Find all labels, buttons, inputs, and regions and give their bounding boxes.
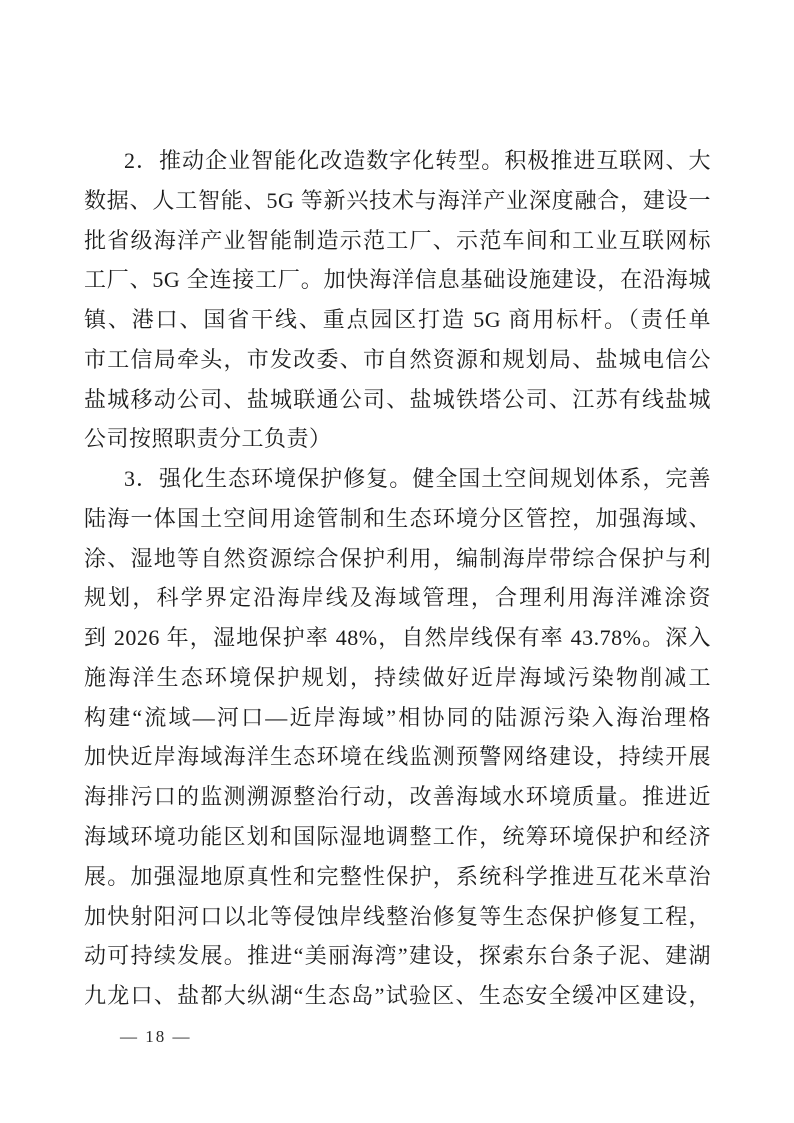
- paragraph-3-line: 加快射阳河口以北等侵蚀岸线整治修复等生态保护修复工程，推: [84, 897, 711, 937]
- paragraph-3-line: 海域环境功能区划和国际湿地调整工作，统筹环境保护和经济发: [84, 817, 711, 857]
- page-number: — 18 —: [120, 1027, 192, 1046]
- paragraph-3-line: 海排污口的监测溯源整治行动，改善海域水环境质量。推进近岸: [84, 777, 711, 817]
- document-body: 2．推动企业智能化改造数字化转型。积极推进互联网、大 数据、人工智能、5G 等新…: [84, 141, 711, 1016]
- paragraph-2-line: 公司按照职责分工负责）: [84, 419, 711, 459]
- paragraph-2-line: 工厂、5G 全连接工厂。加快海洋信息基础设施建设，在沿海城: [84, 260, 711, 300]
- paragraph-2-line: 数据、人工智能、5G 等新兴技术与海洋产业深度融合，建设一: [84, 181, 711, 221]
- paragraph-3-line: 到 2026 年，湿地保护率 48%，自然岸线保有率 43.78%。深入实: [84, 618, 711, 658]
- paragraph-3-line: 3．强化生态环境保护修复。健全国土空间规划体系，完善: [84, 459, 711, 499]
- paragraph-3-line: 加快近岸海域海洋生态环境在线监测预警网络建设，持续开展入: [84, 737, 711, 777]
- paragraph-3-line: 九龙口、盐都大纵湖“生态岛”试验区、生态安全缓冲区建设，: [84, 976, 711, 1016]
- paragraph-2-line: 2．推动企业智能化改造数字化转型。积极推进互联网、大: [84, 141, 711, 181]
- page-footer: — 18 —: [120, 1022, 192, 1052]
- paragraph-3-line: 展。加强湿地原真性和完整性保护，系统科学推进互花米草治理，: [84, 857, 711, 897]
- document-page: 2．推动企业智能化改造数字化转型。积极推进互联网、大 数据、人工智能、5G 等新…: [0, 0, 794, 1123]
- paragraph-2-line: 镇、港口、国省干线、重点园区打造 5G 商用标杆。（责任单位：: [84, 300, 711, 340]
- paragraph-2-line: 市工信局牵头，市发改委、市自然资源和规划局、盐城电信公司、: [84, 340, 711, 380]
- paragraph-3-line: 构建“流域—河口—近岸海域”相协同的陆源污染入海治理格局。: [84, 698, 711, 738]
- paragraph-3-line: 施海洋生态环境保护规划，持续做好近岸海域污染物削减工作，: [84, 658, 711, 698]
- paragraph-2-line: 盐城移动公司、盐城联通公司、盐城铁塔公司、江苏有线盐城分: [84, 380, 711, 420]
- paragraph-2-line: 批省级海洋产业智能制造示范工厂、示范车间和工业互联网标杆: [84, 221, 711, 261]
- paragraph-3-line: 陆海一体国土空间用途管制和生态环境分区管控，加强海域、滩: [84, 499, 711, 539]
- paragraph-3-line: 规划，科学界定沿海岸线及海域管理，合理利用海洋滩涂资源，: [84, 578, 711, 618]
- paragraph-3-line: 涂、湿地等自然资源综合保护利用，编制海岸带综合保护与利用: [84, 539, 711, 579]
- paragraph-3-line: 动可持续发展。推进“美丽海湾”建设，探索东台条子泥、建湖: [84, 936, 711, 976]
